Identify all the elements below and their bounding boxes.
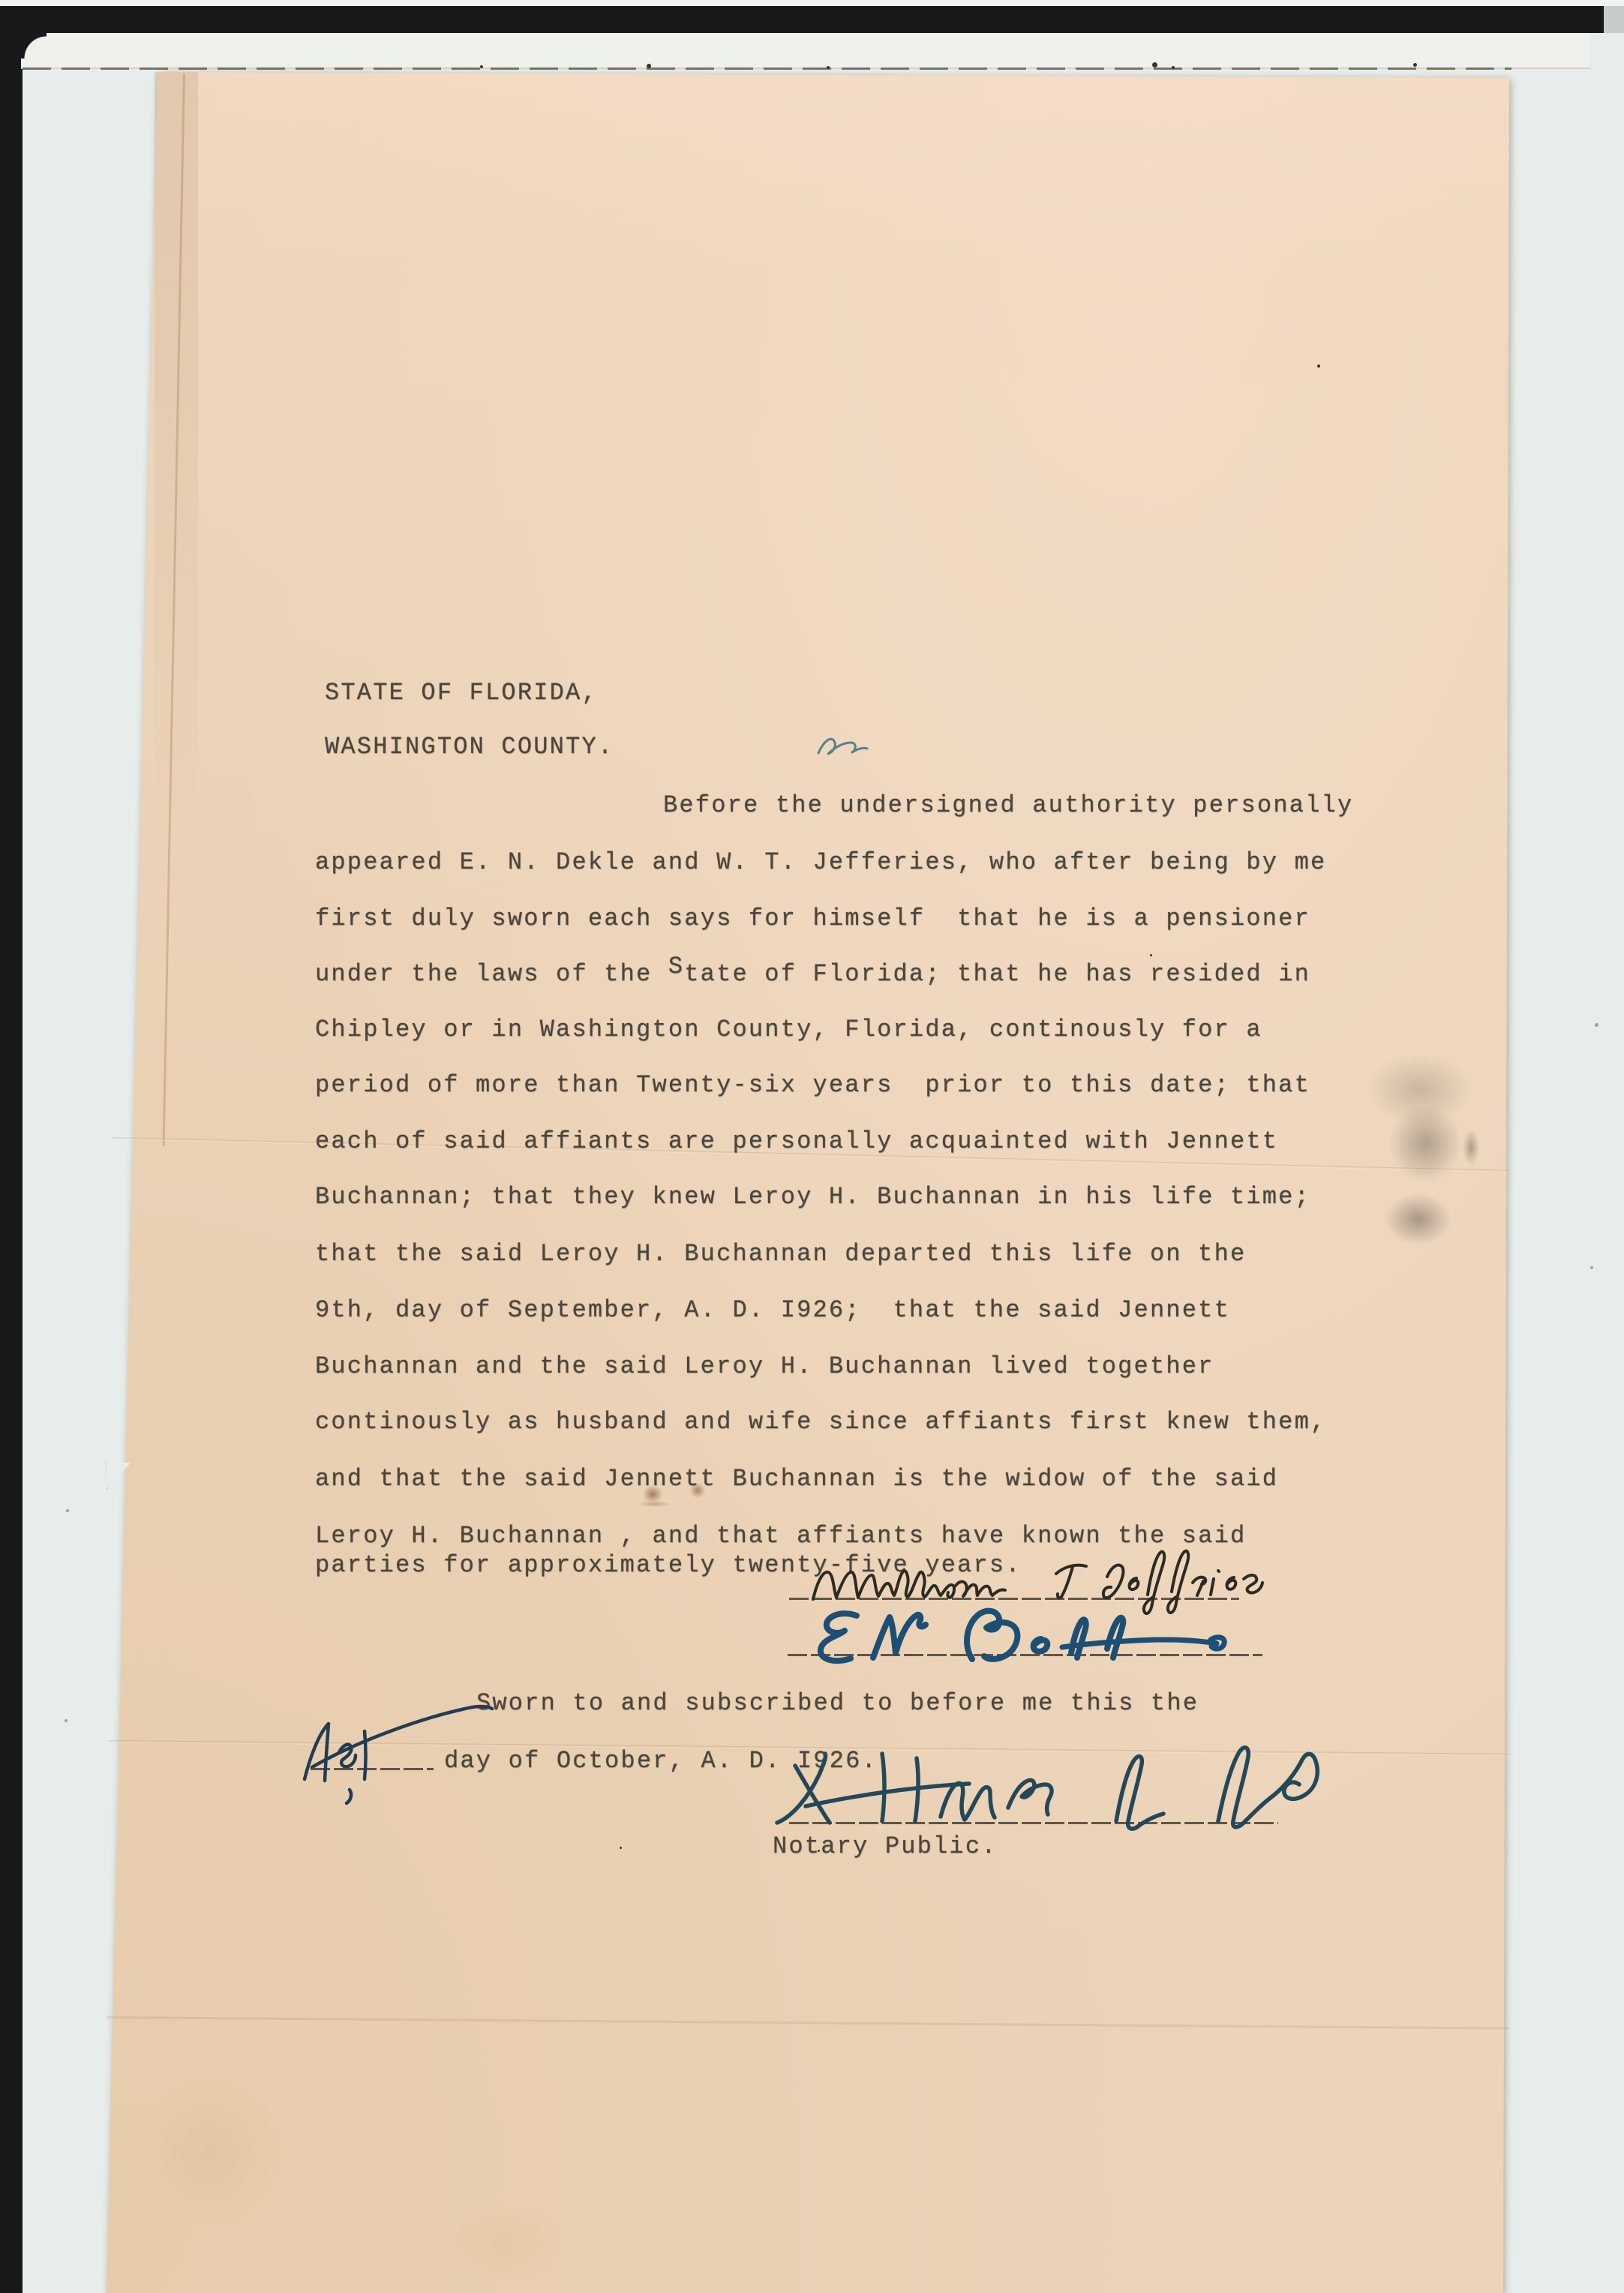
typed-line-08: period of more than Twenty-six years pri…	[315, 1073, 1310, 1097]
paper-speck	[1317, 365, 1320, 368]
typed-line-10: Buchannan; that they knew Leroy H. Bucha…	[315, 1185, 1310, 1209]
typed-line-county: WASHINGTON COUNTY.	[325, 735, 614, 759]
paper-age-stain	[420, 2190, 585, 2293]
typed-line-06: under the laws of the State of Florida; …	[315, 962, 1310, 986]
typed-line-06-pre: under the laws of the	[315, 960, 668, 988]
ink-streak	[634, 1500, 674, 1508]
signature-e-n-dekle	[809, 1607, 1244, 1670]
typed-line-04: appeared E. N. Dekle and W. T. Jefferies…	[315, 851, 1326, 875]
typed-line-03: Before the undersigned authority persona…	[663, 794, 1353, 818]
signature-notary-h-h-wells	[771, 1724, 1341, 1840]
typed-line-12: 9th, day of September, A. D. I926; that …	[315, 1298, 1230, 1322]
typed-line-14: continously as husband and wife since af…	[315, 1410, 1326, 1434]
stray-ink-scribble	[814, 726, 874, 764]
scanned-affidavit-screenshot: STATE OF FLORIDA, WASHINGTON COUNTY. Bef…	[0, 0, 1624, 2293]
typed-line-15: and that the said Jennett Buchannan is t…	[315, 1467, 1278, 1491]
smudge-stain	[1460, 1124, 1482, 1172]
typed-line-state: STATE OF FLORIDA,	[325, 681, 598, 705]
paper-speck	[620, 1847, 622, 1849]
typed-line-06-post: tate of Florida; that he has resided in	[684, 960, 1310, 988]
typed-line-05: first duly sworn each says for himself t…	[315, 907, 1310, 931]
typed-line-sworn: Sworn to and subscribed to before me thi…	[476, 1691, 1199, 1715]
paper-speck	[1150, 954, 1152, 956]
handwritten-day-1st	[299, 1697, 509, 1809]
typed-line-13: Buchannan and the said Leroy H. Buchanna…	[315, 1355, 1214, 1379]
smudge-stain	[1371, 1184, 1465, 1255]
typed-line-11: that the said Leroy H. Buchannan departe…	[315, 1242, 1246, 1266]
typed-line-06-superscript: S	[668, 953, 684, 980]
paper-age-stain	[113, 2055, 308, 2250]
typed-line-09: each of said affiants are personally acq…	[315, 1130, 1278, 1154]
typed-line-07: Chipley or in Washington County, Florida…	[315, 1018, 1262, 1042]
